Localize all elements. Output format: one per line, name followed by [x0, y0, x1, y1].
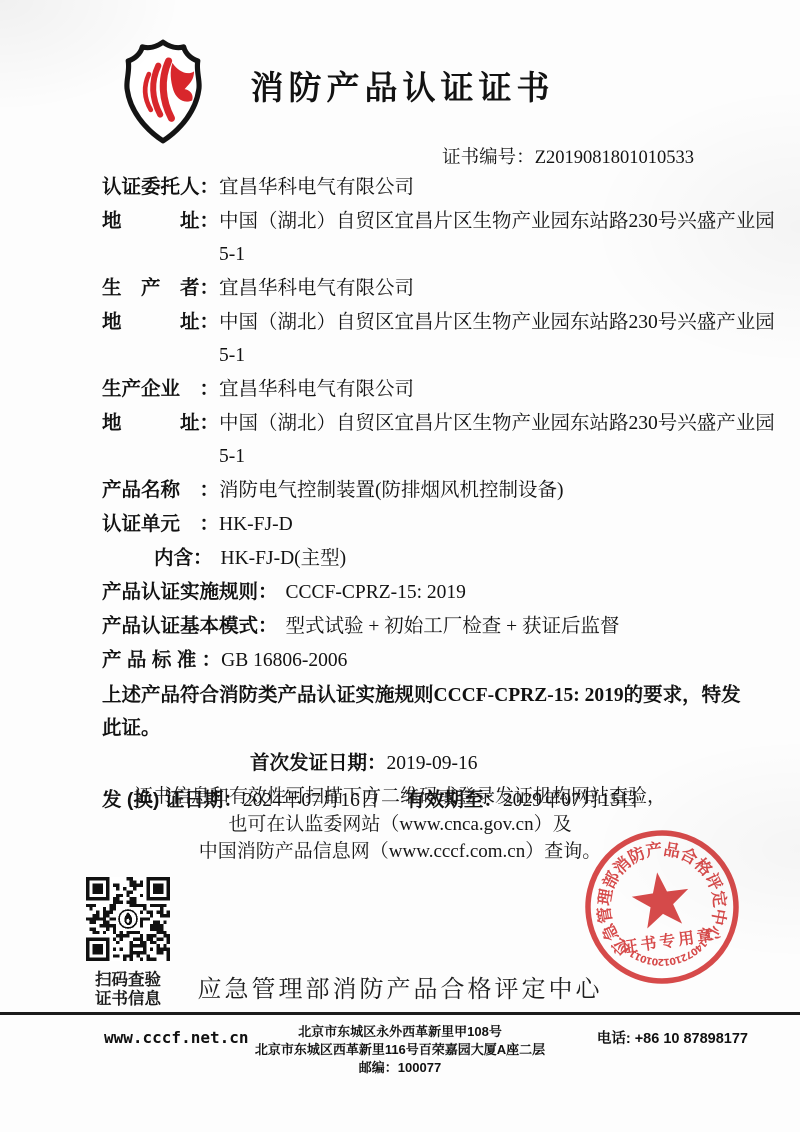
footer-address-line2: 北京市东城区西革新里116号百荣嘉园大厦A座二层 [255, 1041, 545, 1059]
field-label: 认证单元 ： [102, 508, 219, 541]
field-value: CCCF-CPRZ-15: 2019 [286, 576, 752, 609]
svg-text:产: 产 [644, 838, 664, 860]
field-label: 地 址： [102, 306, 219, 372]
field-row-cert-mode: 产品认证基本模式： 型式试验 + 初始工厂检查 + 获证后监督 [102, 610, 752, 643]
footer-address-line1: 北京市东城区永外西革新里甲108号 [255, 1023, 545, 1041]
field-row-address-3: 地 址： 中国（湖北）自贸区宜昌片区生物产业园东站路230号兴盛产业园 5-1 [102, 407, 752, 473]
field-value: 宜昌华科电气有限公司 [219, 373, 752, 406]
field-row-address-2: 地 址： 中国（湖北）自贸区宜昌片区生物产业园东站路230号兴盛产业园 5-1 [102, 306, 752, 372]
qr-code [86, 877, 170, 961]
field-value: 中国（湖北）自贸区宜昌片区生物产业园东站路230号兴盛产业园 5-1 [219, 407, 752, 473]
field-label: 地 址： [102, 205, 219, 271]
certificate-page: { "colors": {"seal_red": "#d43d3d", "fla… [0, 0, 800, 1132]
conformity-statement: 上述产品符合消防类产品认证实施规则CCCF-CPRZ-15: 2019的要求，特… [102, 679, 752, 745]
first-issue-date-line: 首次发证日期：2019-09-16 [102, 747, 752, 780]
first-issue-date-value: 2019-09-16 [387, 753, 478, 774]
footer-phone: 电话: +86 10 87898177 [597, 1027, 748, 1048]
field-row-product-name: 产品名称 ： 消防电气控制装置(防排烟风机控制设备) [102, 474, 752, 507]
footer-website: www.cccf.net.cn [104, 1028, 249, 1047]
certificate-number-label: 证书编号： [442, 146, 535, 167]
certificate-number-value: Z2019081801010533 [535, 148, 694, 168]
footer-postcode: 邮编：100077 [255, 1059, 545, 1077]
seal-star-icon [629, 868, 693, 930]
field-label: 地 址： [102, 407, 219, 473]
field-value: HK-FJ-D [219, 508, 752, 541]
indent-spacer [102, 542, 154, 575]
field-value: GB 16806-2006 [221, 644, 752, 677]
field-row-impl-rules: 产品认证实施规则： CCCF-CPRZ-15: 2019 [102, 576, 752, 609]
field-label: 生产企业 ： [102, 373, 219, 406]
first-issue-date-label: 首次发证日期： [250, 752, 387, 774]
field-value: 宜昌华科电气有限公司 [219, 171, 752, 204]
field-row-cert-unit: 认证单元 ： HK-FJ-D [102, 508, 752, 541]
verification-note-line1: 证书信息和有效性可扫描下方二维码或登录发证机构网站查验， [0, 783, 800, 811]
field-value: 中国（湖北）自贸区宜昌片区生物产业园东站路230号兴盛产业园 5-1 [219, 306, 752, 372]
field-row-manufacturer: 生产企业 ： 宜昌华科电气有限公司 [102, 373, 752, 406]
field-row-product-standard: 产 品 标 准 ： GB 16806-2006 [102, 644, 752, 677]
field-value: 型式试验 + 初始工厂检查 + 获证后监督 [286, 610, 752, 643]
field-value: 中国（湖北）自贸区宜昌片区生物产业园东站路230号兴盛产业园 5-1 [219, 205, 752, 271]
field-row-producer: 生 产 者： 宜昌华科电气有限公司 [102, 272, 752, 305]
field-label: 产品认证基本模式： [102, 610, 278, 643]
certificate-number-line: 证书编号：Z2019081801010533 [442, 143, 694, 169]
svg-text:管: 管 [593, 905, 615, 925]
issuing-authority: 应急管理部消防产品合格评定中心 [198, 969, 603, 1004]
field-row-applicant: 认证委托人： 宜昌华科电气有限公司 [102, 171, 752, 204]
field-value: 宜昌华科电气有限公司 [219, 272, 752, 305]
field-label: 认证委托人： [102, 171, 219, 204]
field-value: HK-FJ-D(主型) [221, 542, 752, 575]
field-label: 产品认证实施规则： [102, 576, 278, 609]
field-label: 产 品 标 准 ： [102, 644, 221, 677]
field-label: 生 产 者： [102, 272, 219, 305]
qr-code-block: 扫码查验 证书信息 [86, 877, 170, 1009]
certificate-body: 认证委托人： 宜昌华科电气有限公司 地 址： 中国（湖北）自贸区宜昌片区生物产业… [102, 171, 752, 817]
field-row-includes: 内含： HK-FJ-D(主型) [102, 542, 752, 575]
svg-text:定: 定 [708, 889, 730, 909]
certificate-title: 消防产品认证证书 [0, 62, 800, 109]
field-value: 消防电气控制装置(防排烟风机控制设备) [219, 474, 752, 507]
footer-address-block: 北京市东城区永外西革新里甲108号 北京市东城区西革新里116号百荣嘉园大厦A座… [255, 1023, 545, 1077]
field-row-address-1: 地 址： 中国（湖北）自贸区宜昌片区生物产业园东站路230号兴盛产业园 5-1 [102, 205, 752, 271]
qr-caption: 扫码查验 证书信息 [86, 971, 170, 1009]
field-label: 产品名称 ： [102, 474, 219, 507]
footer-divider [0, 1012, 800, 1015]
field-label: 内含： [154, 542, 213, 575]
official-red-seal: 应急管理部消防产品合格评定中心 证书专用章 11010210127041 [566, 811, 758, 1003]
